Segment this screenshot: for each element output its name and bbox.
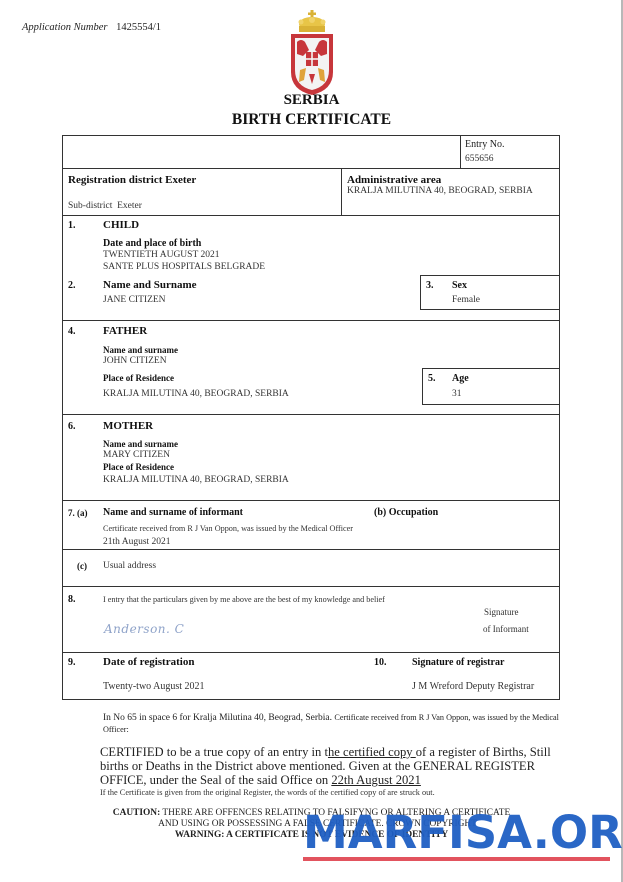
date-of-birth-value: TWENTIETH AUGUST 2021 — [103, 250, 219, 260]
entry-number-label: Entry No. — [465, 139, 504, 150]
entry-number-value: 655656 — [465, 154, 494, 164]
father-residence-value: KRALJA MILUTINA 40, BEOGRAD, SERBIA — [103, 389, 289, 399]
father-section-number: 4. — [68, 326, 76, 337]
divider — [62, 652, 560, 653]
sex-label: Sex — [452, 280, 467, 291]
child-section-number: 1. — [68, 220, 76, 231]
struck-out-note: If the Certificate is given from the ori… — [100, 788, 435, 797]
registration-district: Registration district Exeter — [68, 174, 196, 186]
father-name-value: JOHN CITIZEN — [103, 356, 167, 366]
certified-date: 22th August 2021 — [331, 773, 421, 787]
marfisa-watermark: MARFISA.ORG — [303, 808, 623, 858]
register-note-main: In No 65 in space 6 for Kralja Milutina … — [103, 713, 332, 723]
registration-date-number: 9. — [68, 657, 76, 668]
divider — [341, 168, 342, 215]
mother-residence-label: Place of Residence — [103, 462, 174, 472]
registrar-signature-value: J M Wreford Deputy Registrar — [412, 681, 534, 692]
administrative-area-label: Administrative area — [347, 174, 441, 186]
caution-label: CAUTION: — [113, 808, 160, 818]
sub-district: Sub-district Exeter — [68, 201, 142, 211]
divider — [460, 135, 461, 168]
watermark-underline — [303, 857, 610, 861]
father-heading: FATHER — [103, 325, 147, 337]
child-name-value: JANE CITIZEN — [103, 295, 166, 305]
father-residence-label: Place of Residence — [103, 373, 174, 383]
country-title: SERBIA — [0, 92, 623, 109]
informant-signature: Anderson. C — [104, 622, 184, 636]
mother-section-number: 6. — [68, 421, 76, 432]
occupation-label: (b) Occupation — [374, 507, 438, 518]
application-number: Application Number 1425554/1 — [22, 22, 161, 33]
divider — [62, 500, 560, 501]
sub-district-label: Sub-district — [68, 201, 112, 211]
declaration-number: 8. — [68, 594, 76, 605]
divider — [62, 586, 560, 587]
serbian-coat-of-arms-icon — [287, 10, 337, 96]
registrar-number: 10. — [374, 657, 387, 668]
sub-district-value: Exeter — [117, 201, 142, 211]
sex-value: Female — [452, 295, 480, 305]
informant-note: Certificate received from R J Van Oppon,… — [103, 524, 353, 533]
mother-name-label: Name and surname — [103, 439, 178, 449]
registration-date-value: Twenty-two August 2021 — [103, 681, 205, 692]
sex-box — [420, 275, 560, 310]
certified-copy-underlined: he certified copy — [328, 745, 416, 759]
age-number: 5. — [428, 373, 436, 384]
informant-section-number: 7. (a) — [68, 508, 88, 518]
divider — [62, 168, 560, 169]
application-number-value: 1425554/1 — [116, 22, 161, 33]
informant-name-label: Name and surname of informant — [103, 507, 243, 518]
document-title: BIRTH CERTIFICATE — [0, 111, 623, 129]
age-value: 31 — [452, 389, 462, 399]
father-name-label: Name and surname — [103, 345, 178, 355]
signature-label-line-2: of Informant — [483, 624, 529, 634]
application-number-label: Application Number — [22, 22, 107, 33]
usual-address-number: (c) — [77, 561, 87, 571]
child-name-number: 2. — [68, 280, 76, 291]
certified-text-1: CERTIFIED to be a true copy of an entry … — [100, 745, 328, 759]
divider — [62, 549, 560, 550]
declaration-text: I entry that the particulars given by me… — [103, 595, 385, 604]
usual-address-label: Usual address — [103, 561, 156, 571]
certification-statement: CERTIFIED to be a true copy of an entry … — [100, 745, 570, 787]
divider — [62, 414, 560, 415]
mother-residence-value: KRALJA MILUTINA 40, BEOGRAD, SERBIA — [103, 475, 289, 485]
divider — [62, 215, 560, 216]
child-name-label: Name and Surname — [103, 279, 197, 291]
registration-date-label: Date of registration — [103, 656, 194, 668]
registrar-signature-label: Signature of registrar — [412, 657, 504, 668]
administrative-area-value: KRALJA MILUTINA 40, BEOGRAD, SERBIA — [347, 186, 533, 196]
mother-heading: MOTHER — [103, 420, 153, 432]
informant-date: 21th August 2021 — [103, 537, 171, 547]
place-of-birth-value: SANTE PLUS HOSPITALS BELGRADE — [103, 262, 265, 272]
divider — [62, 320, 560, 321]
mother-name-value: MARY CITIZEN — [103, 450, 170, 460]
register-note: In No 65 in space 6 for Kralja Milutina … — [103, 712, 563, 736]
signature-label-line-1: Signature — [484, 607, 519, 617]
date-place-of-birth-label: Date and place of birth — [103, 238, 201, 249]
age-label: Age — [452, 373, 469, 384]
child-heading: CHILD — [103, 219, 139, 231]
sex-number: 3. — [426, 280, 434, 291]
age-box — [422, 368, 560, 405]
